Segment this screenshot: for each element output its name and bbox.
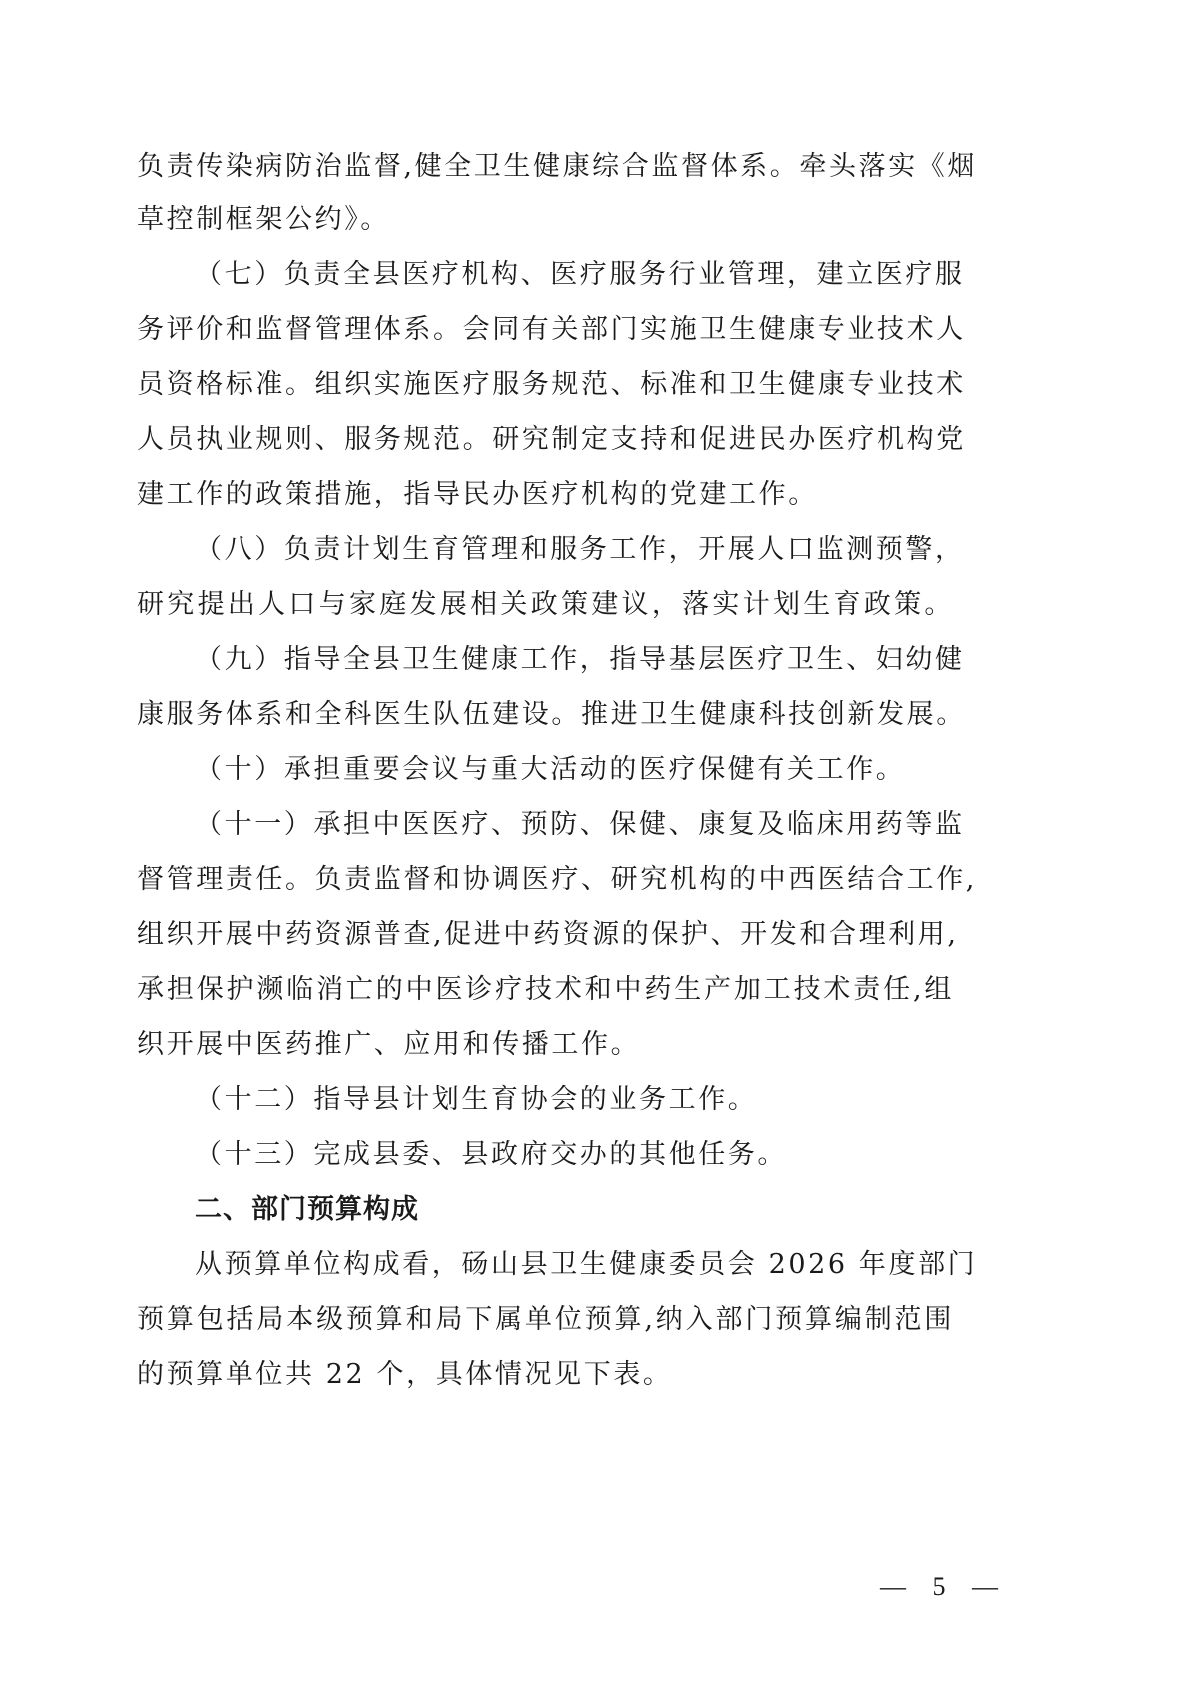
- paragraph-line: 康服务体系和全科医生队伍建设。推进卫生健康科技创新发展。: [137, 695, 954, 735]
- paragraph-line: 人员执业规则、服务规范。研究制定支持和促进民办医疗机构党: [137, 420, 954, 460]
- paragraph-line: 的预算单位共 22 个，具体情况见下表。: [137, 1355, 954, 1395]
- section-heading: 二、部门预算构成: [137, 1190, 954, 1230]
- paragraph-line-item-11: （十一）承担中医医疗、预防、保健、康复及临床用药等监: [137, 805, 954, 845]
- paragraph-line-item-12: （十二）指导县计划生育协会的业务工作。: [137, 1080, 954, 1120]
- paragraph-line: 承担保护濒临消亡的中医诊疗技术和中药生产加工技术责任,组: [137, 970, 954, 1010]
- paragraph-line-item-7: （七）负责全县医疗机构、医疗服务行业管理，建立医疗服: [137, 255, 954, 295]
- paragraph-line: 研究提出人口与家庭发展相关政策建议，落实计划生育政策。: [137, 585, 954, 625]
- page-number: — 5 —: [880, 1567, 1008, 1607]
- paragraph-line: 务评价和监督管理体系。会同有关部门实施卫生健康专业技术人: [137, 310, 954, 350]
- paragraph-line-item-13: （十三）完成县委、县政府交办的其他任务。: [137, 1135, 954, 1175]
- paragraph-line: 预算包括局本级预算和局下属单位预算,纳入部门预算编制范围: [137, 1300, 954, 1340]
- paragraph-line: 组织开展中药资源普查,促进中药资源的保护、开发和合理利用,: [137, 915, 954, 955]
- paragraph-line: 建工作的政策措施，指导民办医疗机构的党建工作。: [137, 475, 954, 515]
- paragraph-line: 草控制框架公约》。: [137, 200, 954, 240]
- paragraph-line: 织开展中医药推广、应用和传播工作。: [137, 1025, 954, 1065]
- paragraph-line-item-10: （十）承担重要会议与重大活动的医疗保健有关工作。: [137, 750, 954, 790]
- paragraph-line-item-8: （八）负责计划生育管理和服务工作，开展人口监测预警，: [137, 530, 954, 570]
- paragraph-line: 督管理责任。负责监督和协调医疗、研究机构的中西医结合工作,: [137, 860, 954, 900]
- paragraph-line: 负责传染病防治监督,健全卫生健康综合监督体系。牵头落实《烟: [137, 147, 954, 187]
- document-page: 负责传染病防治监督,健全卫生健康综合监督体系。牵头落实《烟 草控制框架公约》。 …: [0, 0, 1190, 1683]
- paragraph-line: 员资格标准。组织实施医疗服务规范、标准和卫生健康专业技术: [137, 365, 954, 405]
- paragraph-line: 从预算单位构成看，砀山县卫生健康委员会 2026 年度部门: [137, 1245, 954, 1285]
- paragraph-line-item-9: （九）指导全县卫生健康工作，指导基层医疗卫生、妇幼健: [137, 640, 954, 680]
